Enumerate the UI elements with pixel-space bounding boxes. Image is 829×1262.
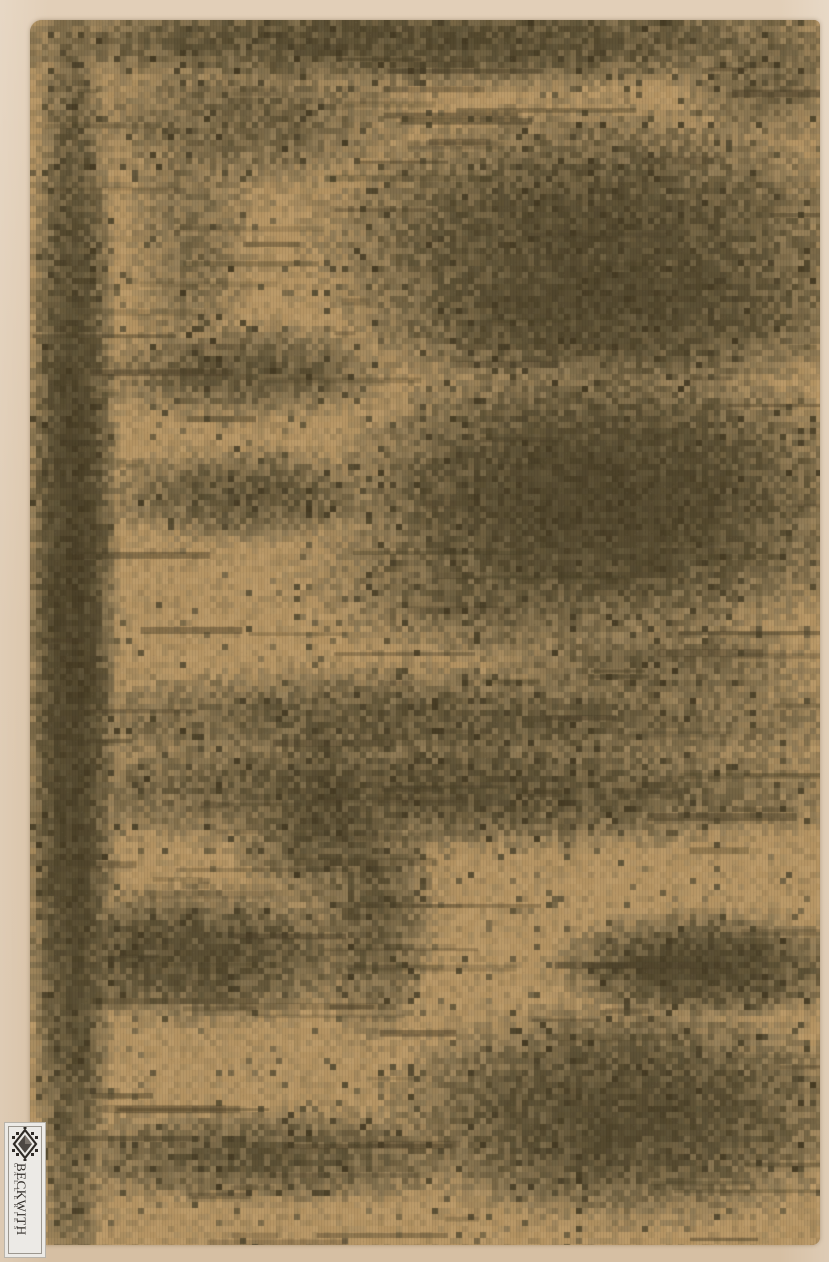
brand-subtitle: GALLERIES (12, 1163, 18, 1233)
watermark-text: BECKWITH GALLERIES (5, 1163, 39, 1253)
rug-photo (30, 20, 820, 1245)
brand-watermark: BECKWITH GALLERIES (4, 1122, 46, 1258)
diamond-kilim-motif-icon (11, 1127, 39, 1161)
rug-pattern (30, 20, 820, 1245)
